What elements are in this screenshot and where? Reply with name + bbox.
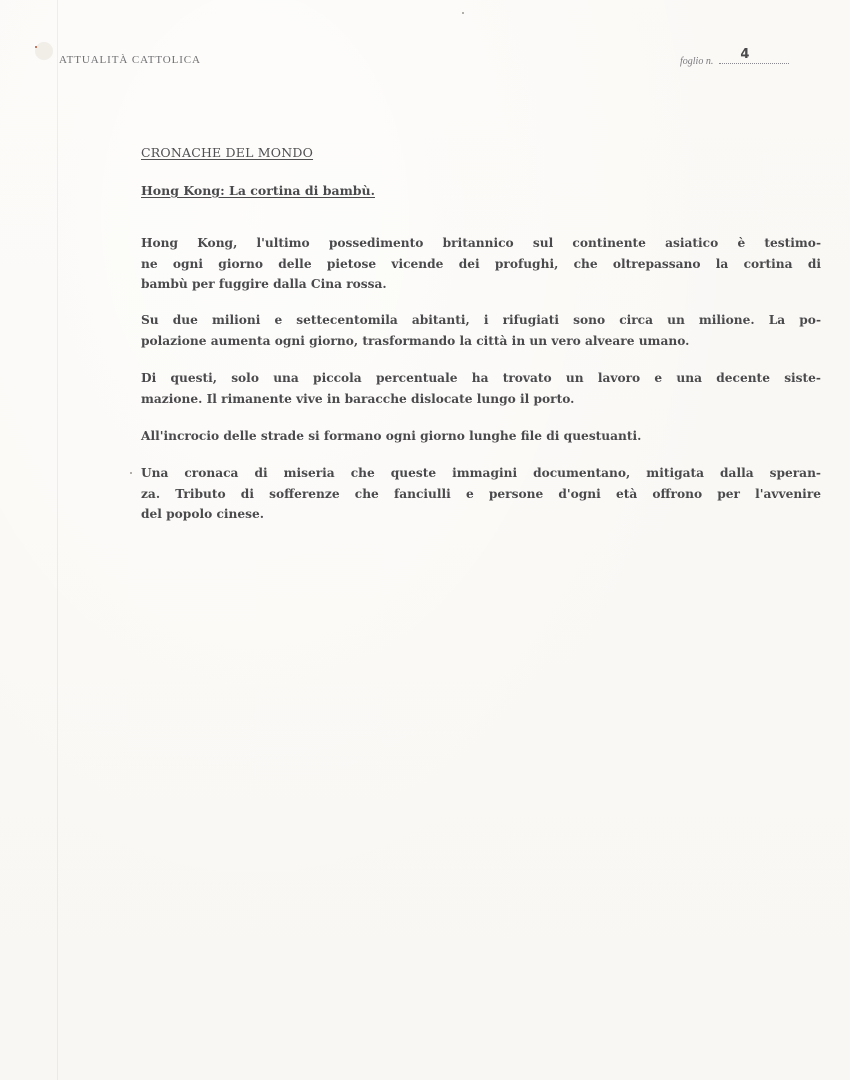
sheet-number: 4 [740, 47, 749, 62]
paragraph-1: Hong Kong, l'ultimo possedimento britann… [141, 233, 821, 295]
text-line: Su due milioni e settecentomila abitanti… [141, 310, 821, 331]
text-line: ne ogni giorno delle pietose vicende dei… [141, 254, 821, 275]
text-line: za. Tributo di sofferenze che fanciulli … [141, 484, 821, 505]
text-line: del popolo cinese. [141, 504, 821, 525]
paragraph-5: Una cronaca di miseria che queste immagi… [141, 463, 821, 525]
section-title: CRONACHE DEL MONDO [141, 145, 313, 160]
text-line: Di questi, solo una piccola percentuale … [141, 368, 821, 389]
sheet-label: foglio n. [680, 56, 713, 67]
paper-smudge [35, 42, 53, 60]
paper-speck [462, 12, 464, 14]
text-line: bambù per fuggire dalla Cina rossa. [141, 274, 821, 295]
text-line: polazione aumenta ogni giorno, trasforma… [141, 331, 821, 352]
paper-speck [35, 46, 37, 48]
publication-header: ATTUALITÀ CATTOLICA [59, 54, 201, 66]
text-line: mazione. Il rimanente vive in baracche d… [141, 389, 821, 410]
paragraph-3: Di questi, solo una piccola percentuale … [141, 368, 821, 409]
sheet-number-field: 4 [719, 50, 789, 64]
document-page: ATTUALITÀ CATTOLICA foglio n. 4 CRONACHE… [0, 0, 850, 1080]
sheet-number-header: foglio n. 4 [680, 50, 789, 67]
text-line: All'incrocio delle strade si formano ogn… [141, 426, 821, 447]
paper-speck [130, 472, 132, 474]
article-title: Hong Kong: La cortina di bambù. [141, 183, 375, 198]
paragraph-4: All'incrocio delle strade si formano ogn… [141, 426, 821, 447]
text-line: Hong Kong, l'ultimo possedimento britann… [141, 233, 821, 254]
paragraph-2: Su due milioni e settecentomila abitanti… [141, 310, 821, 351]
text-line: Una cronaca di miseria che queste immagi… [141, 463, 821, 484]
page-edge-divider [57, 0, 58, 1080]
